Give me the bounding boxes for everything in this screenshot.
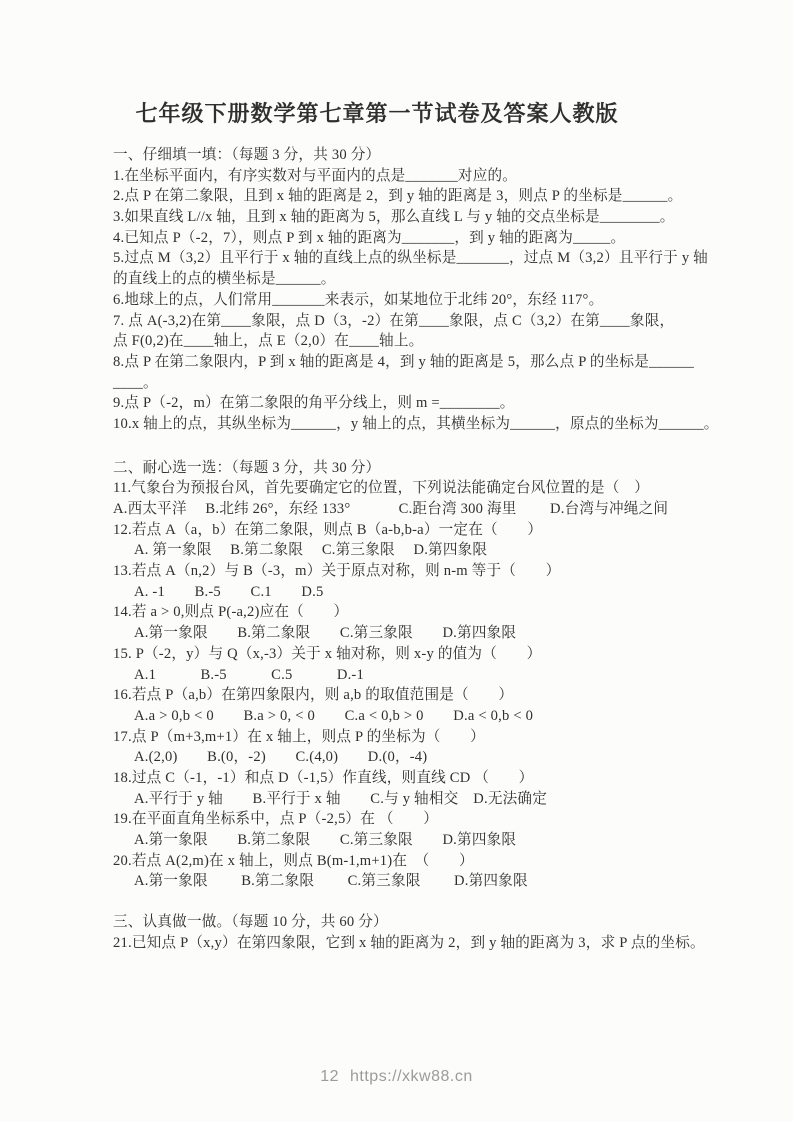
question-18: 18.过点 C（-1，-1）和点 D（-1,5）作直线，则直线 CD （ ）	[113, 768, 693, 789]
question-6: 6.地球上的点，人们常用_______来表示，如某地位于北纬 20°，东经 11…	[113, 290, 693, 311]
question-17-options: A.(2,0) B.(0，-2) C.(4,0) D.(0，-4)	[113, 747, 693, 768]
question-18-options: A.平行于 y 轴 B.平行于 x 轴 C.与 y 轴相交 D.无法确定	[113, 789, 693, 810]
question-21: 21.已知点 P（x,y）在第四象限，它到 x 轴的距离为 2，到 y 轴的距离…	[113, 933, 693, 954]
question-10: 10.x 轴上的点，其纵坐标为______，y 轴上的点，其横坐标为______…	[113, 414, 693, 435]
question-12: 12.若点 A（a，b）在第二象限，则点 B（a-b,b-a）一定在（ ）	[113, 520, 693, 541]
question-3: 3.如果直线 L//x 轴，且到 x 轴的距离为 5，那么直线 L 与 y 轴的…	[113, 207, 693, 228]
question-20-options: A.第一象限 B.第二象限 C.第三象限 D.第四象限	[113, 871, 693, 892]
question-15: 15. P（-2，y）与 Q（x,-3）关于 x 轴对称，则 x-y 的值为（ …	[113, 644, 693, 665]
question-5-line-2: 的直线上的点的横坐标是______。	[113, 269, 693, 290]
page-footer: 12 https://xkw88.cn	[0, 1068, 793, 1086]
test-paper-content: 七年级下册数学第七章第一节试卷及答案人教版 一、仔细填一填：（每题 3 分，共 …	[113, 100, 693, 953]
page-title: 七年级下册数学第七章第一节试卷及答案人教版	[113, 100, 693, 128]
question-13-options: A. -1 B.-5 C.1 D.5	[113, 582, 693, 603]
question-12-options: A. 第一象限 B.第二象限 C.第三象限 D.第四象限	[113, 540, 693, 561]
footer-url: https://xkw88.cn	[350, 1068, 473, 1085]
question-19-options: A.第一象限 B.第二象限 C.第三象限 D.第四象限	[113, 830, 693, 851]
question-7-line-2: 点 F(0,2)在____轴上，点 E（2,0）在____轴上。	[113, 331, 693, 352]
question-19: 19.在平面直角坐标系中，点 P（-2,5）在 （ ）	[113, 809, 693, 830]
question-4: 4.已知点 P（-2，7），则点 P 到 x 轴的距离为_______，到 y …	[113, 228, 693, 249]
question-15-options: A.1 B.-5 C.5 D.-1	[113, 665, 693, 686]
question-7-line-1: 7. 点 A(-3,2)在第____象限，点 D（3，-2）在第____象限，点…	[113, 311, 693, 332]
question-13: 13.若点 A（n,2）与 B（-3，m）关于原点对称，则 n-m 等于（ ）	[113, 561, 693, 582]
question-14-options: A.第一象限 B.第二象限 C.第三象限 D.第四象限	[113, 623, 693, 644]
question-2: 2.点 P 在第二象限，且到 x 轴的距离是 2，到 y 轴的距离是 3，则点 …	[113, 186, 693, 207]
question-11-options: A.西太平洋 B.北纬 26°，东经 133° C.距台湾 300 海里 D.台…	[113, 499, 693, 520]
question-8-line-2: ____。	[113, 373, 693, 394]
question-16: 16.若点 P（a,b）在第四象限内，则 a,b 的取值范围是（ ）	[113, 685, 693, 706]
question-14: 14.若 a > 0,则点 P(-a,2)应在（ ）	[113, 602, 693, 623]
question-9: 9.点 P（-2，m）在第二象限的角平分线上，则 m =________。	[113, 393, 693, 414]
question-20: 20.若点 A(2,m)在 x 轴上，则点 B(m-1,m+1)在 （ ）	[113, 851, 693, 872]
section-2-heading: 二、耐心选一选：（每题 3 分，共 30 分）	[113, 458, 693, 479]
section-3-heading: 三、认真做一做。（每题 10 分，共 60 分）	[113, 912, 693, 933]
question-1: 1.在坐标平面内，有序实数对与平面内的点是_______对应的。	[113, 166, 693, 187]
question-16-options: A.a > 0,b < 0 B.a > 0, < 0 C.a < 0,b > 0…	[113, 706, 693, 727]
question-11: 11.气象台为预报台风，首先要确定它的位置，下列说法能确定台风位置的是（ ）	[113, 478, 693, 499]
question-17: 17.点 P（m+3,m+1）在 x 轴上，则点 P 的坐标为（ ）	[113, 727, 693, 748]
question-5-line-1: 5.过点 M（3,2）且平行于 x 轴的直线上点的纵坐标是_______，过点 …	[113, 248, 693, 269]
question-8-line-1: 8.点 P 在第二象限内，P 到 x 轴的距离是 4，到 y 轴的距离是 5，那…	[113, 352, 693, 373]
page-number: 12	[320, 1068, 339, 1085]
section-1-heading: 一、仔细填一填：（每题 3 分，共 30 分）	[113, 145, 693, 166]
